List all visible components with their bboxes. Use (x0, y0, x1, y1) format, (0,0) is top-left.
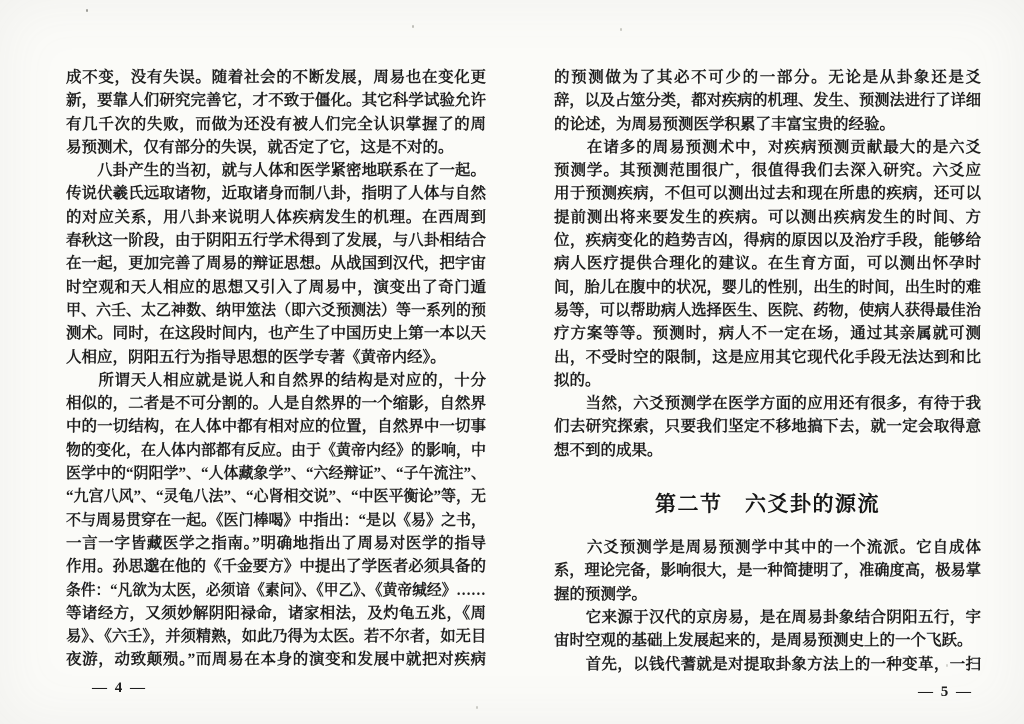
text-line: 间，胎儿在腹中的状况，婴儿的性别，出生的时间，出生时的难 (554, 276, 974, 299)
text-line: 测术。同时，在这段时间内，也产生了中国历史上第一本以天 (66, 322, 486, 345)
text-line: 人相应，阴阳五行为指导思想的医学专著《黄帝内经》。 (66, 346, 486, 369)
text-line: 们去研究探索，只要我们坚定不移地搞下去，就一定会取得意 (554, 415, 981, 438)
text-line: 中的一切结构，在人体中都有相对应的位置，自然界中一切事 (66, 415, 486, 438)
text-line: 提前测出将来要发生的疾病。可以测出疾病发生的时间、方 (554, 206, 981, 229)
text-line: 在诸多的周易预测术中，对疾病预测贡献最大的是六爻 (554, 136, 981, 159)
text-line: 系，理论完备，影响很大，是一种简捷明了，准确度高，极易掌 (554, 559, 974, 582)
text-line: 传说伏羲氏远取诸物，近取诸身而制八卦，指明了人体与自然 (66, 182, 486, 205)
text-line: 不与周易贯穿在一起。《医门棒喝》中指出：“是以《易》之书， (66, 509, 472, 532)
left-page-text: 成不变，没有失误。随着社会的不断发展，周易也在变化更新，要靠人们研究完善它，才不… (66, 66, 486, 672)
text-line: 所谓天人相应就是说人和自然界的结构是对应的，十分 (66, 369, 486, 392)
text-line: 的论述，为周易预测医学积累了丰富宝贵的经验。 (554, 113, 981, 136)
right-page: 的预测做为了其必不可少的一部分。无论是从卦象还是爻辞，以及占筮分类，都对疾病的机… (554, 66, 981, 701)
text-line: 它来源于汉代的京房易，是在周易卦象结合阴阳五行，宇 (554, 606, 981, 629)
text-line: 出，不受时空的限制，这是应用其它现代化手段无法达到和比 (554, 346, 981, 369)
text-line: 一言一字皆藏医学之指南。”明确地指出了周易对医学的指导 (66, 532, 486, 555)
text-line: 拟的。 (554, 369, 981, 392)
left-page-number: — 4 — (66, 679, 486, 697)
text-line: 易预测术，仅有部分的失误，就否定了它，这是不对的。 (66, 136, 486, 159)
text-line: 时空观和天人相应的思想又引入了周易中，演变出了奇门遁 (66, 276, 486, 299)
right-page-text: 的预测做为了其必不可少的一部分。无论是从卦象还是爻辞，以及占筮分类，都对疾病的机… (554, 66, 981, 676)
text-line: 八卦产生的当初，就与人体和医学紧密地联系在了一起。 (66, 159, 486, 182)
text-line: 的对应关系，用八卦来说明人体疾病发生的机理。在西周到 (66, 206, 486, 229)
text-line: 等诸经方，又须妙解阴阳禄命，诸家相法，及灼龟五兆，《周 (66, 602, 486, 625)
text-line: 作用。孙思邈在他的《千金要方》中提出了学医者必须具备的 (66, 555, 486, 578)
text-line: “九宫八风”、“灵龟八法”、“心肾相交说”、“中医平衡论”等，无 (66, 485, 472, 508)
text-line: 宙时空观的基础上发展起来的，是周易预测史上的一个飞跃。 (554, 629, 981, 652)
text-line: 医学中的“阴阳学”、“人体藏象学”、“六经辩证”、“子午流注”、 (66, 462, 472, 485)
text-line: 夜游，动致颠殒。”而周易在本身的演变和发展中就把对疾病 (66, 648, 486, 671)
text-line: 条件：“凡欲为太医，必须谙《素问》、《甲乙》、《黄帝缄经》…… (66, 579, 465, 602)
text-line: 甲、六壬、太乙神数、纳甲筮法（即六爻预测法）等一系列的预 (66, 299, 472, 322)
text-line: 物的变化，在人体内部都有反应。由于《黄帝内经》的影响，中 (66, 439, 472, 462)
text-line: 握的预测学。 (554, 583, 981, 606)
vertical-gap (554, 522, 981, 536)
text-line: 相似的，二者是不可分割的。人是自然界的一个缩影，自然界 (66, 392, 486, 415)
book-scan-spread: 成不变，没有失误。随着社会的不断发展，周易也在变化更新，要靠人们研究完善它，才不… (0, 0, 1024, 724)
text-line: 首先，以钱代蓍就是对提取卦象方法上的一种变革，一扫 (554, 653, 981, 676)
text-line: 当然，六爻预测学在医学方面的应用还有很多，有待于我 (554, 392, 981, 415)
right-page-number: — 5 — (554, 683, 981, 701)
text-line: 六爻预测学是周易预测学中其中的一个流派。它自成体 (554, 536, 981, 559)
text-line: 预测学。其预测范围很广，很值得我们去深入研究。六爻应 (554, 159, 981, 182)
text-line: 的预测做为了其必不可少的一部分。无论是从卦象还是爻 (554, 66, 981, 89)
text-line: 春秋这一阶段，由于阴阳五行学术得到了发展，与八卦相结合 (66, 229, 486, 252)
text-line: 成不变，没有失误。随着社会的不断发展，周易也在变化更 (66, 66, 486, 89)
text-line: 有几千次的失败，而做为还没有被人们完全认识掌握了的周 (66, 113, 486, 136)
text-line: 易等，可以帮助病人选择医生、医院、药物，使病人获得最佳治 (554, 299, 974, 322)
text-line: 病人医疗提供合理化的建议。在生育方面，可以测出怀孕时 (554, 252, 981, 275)
text-line: 疗方案等等。预测时，病人不一定在场，通过其亲属就可测 (554, 322, 981, 345)
text-line: 辞，以及占筮分类，都对疾病的机理、发生、预测法进行了详细 (554, 89, 974, 112)
text-line: 想不到的成果。 (554, 439, 981, 462)
vertical-gap (554, 462, 981, 488)
scan-speckles (86, 9, 88, 12)
text-line: 新，要靠人们研究完善它，才不致于僵化。其它科学试验允许 (66, 89, 486, 112)
text-line: 位，疾病变化的趋势吉凶，得病的原因以及治疗手段，能够给 (554, 229, 981, 252)
text-line: 易》、《六壬》，并须精熟，如此乃得为太医。若不尔者，如无目 (66, 625, 480, 648)
section-heading: 第二节 六爻卦的源流 (554, 488, 981, 522)
text-line: 用于预测疾病，不但可以测出过去和现在所患的疾病，还可以 (554, 182, 981, 205)
left-page: 成不变，没有失误。随着社会的不断发展，周易也在变化更新，要靠人们研究完善它，才不… (66, 66, 486, 697)
text-line: 在一起，更加完善了周易的辩证思想。从战国到汉代，把宇宙 (66, 252, 486, 275)
